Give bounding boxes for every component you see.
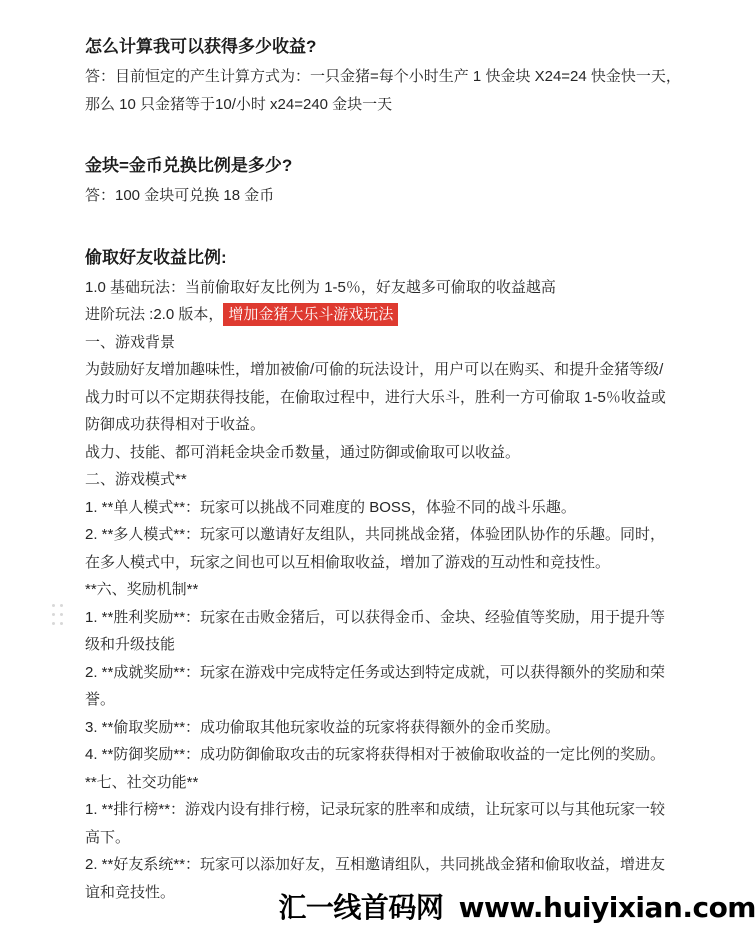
paragraph-line: 在多人模式中，玩家之间也可以互相偷取收益，增加了游戏的互动性和竞技性。	[85, 549, 728, 577]
paragraph-line: 为鼓励好友增加趣味性，增加被偷/可偷的玩法设计，用户可以在购买、和提升金猪等级/	[85, 356, 728, 384]
paragraph-line: **六、奖励机制**	[85, 576, 728, 604]
faq2-question-heading: 金块=金币兑换比例是多少?	[85, 156, 728, 176]
paragraph-line: 一、游戏背景	[85, 329, 728, 357]
drag-dot	[52, 622, 55, 625]
paragraph-line: 二、游戏模式**	[85, 466, 728, 494]
drag-dot	[60, 622, 63, 625]
paragraph-line: 1. **胜利奖励**：玩家在击败金猪后，可以获得金币、金块、经验值等奖励，用于…	[85, 604, 728, 632]
faq1-answer-line: 那么 10 只金猪等于10/小时 x24=240 金块一天	[85, 91, 728, 119]
paragraph-line: 1.0 基础玩法：当前偷取好友比例为 1-5％，好友越多可偷取的收益越高	[85, 274, 728, 302]
highlight-text: 增加金猪大乐斗游戏玩法	[223, 303, 398, 326]
drag-dot	[52, 604, 55, 607]
drag-dot	[60, 604, 63, 607]
paragraph-line: 2. **多人模式**：玩家可以邀请好友组队，共同挑战金猪，体验团队协作的乐趣。…	[85, 521, 728, 549]
drag-dot	[52, 613, 55, 616]
steal-ratio-body: 1.0 基础玩法：当前偷取好友比例为 1-5％，好友越多可偷取的收益越高 进阶玩…	[85, 274, 728, 907]
watermark: 汇一线首码网 www.huiyixian.com	[278, 891, 756, 925]
steal-ratio-heading: 偷取好友收益比例:	[85, 248, 728, 268]
paragraph-line: 1. **排行榜**：游戏内设有排行榜，记录玩家的胜率和成绩，让玩家可以与其他玩…	[85, 796, 728, 824]
drag-dot	[60, 613, 63, 616]
advanced-gameplay-line: 进阶玩法 :2.0 版本，增加金猪大乐斗游戏玩法	[85, 301, 728, 329]
paragraph-line: 战力时可以不定期获得技能，在偷取过程中，进行大乐斗，胜利一方可偷取 1-5％收益…	[85, 384, 728, 412]
faq1-answer: 答：目前恒定的产生计算方式为：一只金猪=每个小时生产 1 快金块 X24=24 …	[85, 63, 728, 118]
paragraph-line: 防御成功获得相对于收益。	[85, 411, 728, 439]
document-content: 怎么计算我可以获得多少收益? 答：目前恒定的产生计算方式为：一只金猪=每个小时生…	[0, 0, 756, 906]
paragraph-line: 4. **防御奖励**：成功防御偷取攻击的玩家将获得相对于被偷取收益的一定比例的…	[85, 741, 728, 769]
paragraph-line: 誉。	[85, 686, 728, 714]
paragraph-line: 战力、技能、都可消耗金块金币数量，通过防御或偷取可以收益。	[85, 439, 728, 467]
paragraph-line: **七、社交功能**	[85, 769, 728, 797]
drag-handle-icon[interactable]	[52, 604, 64, 626]
paragraph-line: 1. **单人模式**：玩家可以挑战不同难度的 BOSS，体验不同的战斗乐趣。	[85, 494, 728, 522]
faq1-question-heading: 怎么计算我可以获得多少收益?	[85, 37, 728, 57]
paragraph-line: 高下。	[85, 824, 728, 852]
paragraph-line: 3. **偷取奖励**：成功偷取其他玩家收益的玩家将获得额外的金币奖励。	[85, 714, 728, 742]
paragraph-line: 级和升级技能	[85, 631, 728, 659]
faq2-answer: 答：100 金块可兑换 18 金币	[85, 182, 728, 210]
paragraph-line: 2. **成就奖励**：玩家在游戏中完成特定任务或达到特定成就，可以获得额外的奖…	[85, 659, 728, 687]
paragraph-line: 2. **好友系统**：玩家可以添加好友，互相邀请组队，共同挑战金猪和偷取收益，…	[85, 851, 728, 879]
advanced-gameplay-prefix: 进阶玩法 :2.0 版本，	[85, 306, 223, 323]
faq1-answer-line: 答：目前恒定的产生计算方式为：一只金猪=每个小时生产 1 快金块 X24=24 …	[85, 63, 728, 91]
faq2-answer-line: 答：100 金块可兑换 18 金币	[85, 182, 728, 210]
